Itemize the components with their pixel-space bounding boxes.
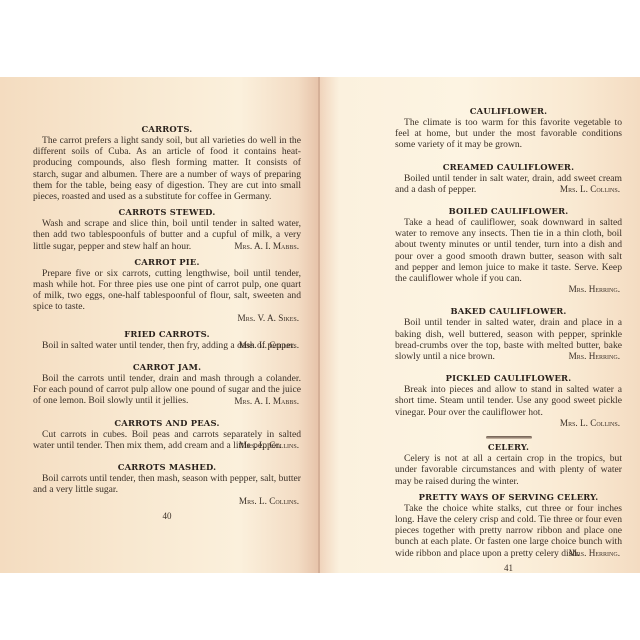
recipe-body-boiled-cauliflower: Take a head of cauliflower, soak downwar… [395, 217, 622, 284]
section-title-celery: CELERY. [395, 442, 622, 453]
recipe-author-boiled-cauliflower: Mrs. Herring. [395, 284, 622, 295]
section-body-carrots: The carrot prefers a light sandy soil, b… [33, 135, 301, 202]
recipe-author-carrots-stewed: Mrs. A. I. Mabbs. [234, 241, 301, 252]
recipe-body-carrots-mashed: Boil carrots until tender, then mash, se… [33, 473, 301, 495]
section-title-carrots: CARROTS. [33, 124, 301, 135]
recipe-title-carrots-stewed: CARROTS STEWED. [33, 207, 301, 218]
section-title-cauliflower: CAULIFLOWER. [395, 106, 622, 117]
recipe-title-carrot-jam: CARROT JAM. [33, 362, 301, 373]
recipe-title-carrots-mashed: CARROTS MASHED. [33, 462, 301, 473]
section-body-celery: Celery is not at all a certain crop in t… [395, 453, 622, 487]
recipe-title-fried-carrots: FRIED CARROTS. [33, 329, 301, 340]
recipe-title-pickled-cauliflower: PICKLED CAULIFLOWER. [395, 373, 622, 384]
recipe-author-carrot-jam: Mrs. A. I. Mabbs. [234, 396, 301, 407]
section-divider-rule [486, 436, 532, 439]
recipe-title-baked-cauliflower: BAKED CAULIFLOWER. [395, 306, 622, 317]
left-page-text-column: CARROTS. The carrot prefers a light sand… [33, 124, 301, 522]
recipe-title-pretty-ways-celery: PRETTY WAYS OF SERVING CELERY. [395, 492, 622, 503]
right-page-text-column: CAULIFLOWER. The climate is too warm for… [395, 106, 622, 573]
page-number-right: 41 [395, 563, 622, 573]
left-page: CARROTS. The carrot prefers a light sand… [0, 77, 320, 573]
section-body-cauliflower: The climate is too warm for this favorit… [395, 117, 622, 151]
page-number-left: 40 [33, 511, 301, 522]
recipe-body-carrot-pie: Prepare five or six carrots, cutting len… [33, 268, 301, 313]
recipe-author-pickled-cauliflower: Mrs. L. Collins. [395, 418, 622, 429]
recipe-title-creamed-cauliflower: CREAMED CAULIFLOWER. [395, 162, 622, 173]
recipe-author-carrot-pie: Mrs. V. A. Sikes. [33, 313, 301, 324]
recipe-body-fried-carrots: Boil in salted water until tender, then … [33, 340, 301, 351]
recipe-title-carrot-pie: CARROT PIE. [33, 257, 301, 268]
recipe-author-creamed-cauliflower: Mrs. L. Collins. [560, 184, 622, 195]
recipe-body-carrots-and-peas: Cut carrots in cubes. Boil peas and carr… [33, 429, 301, 451]
right-page: CAULIFLOWER. The climate is too warm for… [320, 77, 640, 573]
recipe-author-carrots-mashed: Mrs. L. Collins. [33, 496, 301, 507]
recipe-title-boiled-cauliflower: BOILED CAULIFLOWER. [395, 206, 622, 217]
recipe-author-baked-cauliflower: Mrs. Herring. [569, 351, 622, 362]
recipe-title-carrots-and-peas: CARROTS AND PEAS. [33, 418, 301, 429]
book-spread: CARROTS. The carrot prefers a light sand… [0, 77, 640, 573]
recipe-body-pickled-cauliflower: Break into pieces and allow to stand in … [395, 384, 622, 418]
